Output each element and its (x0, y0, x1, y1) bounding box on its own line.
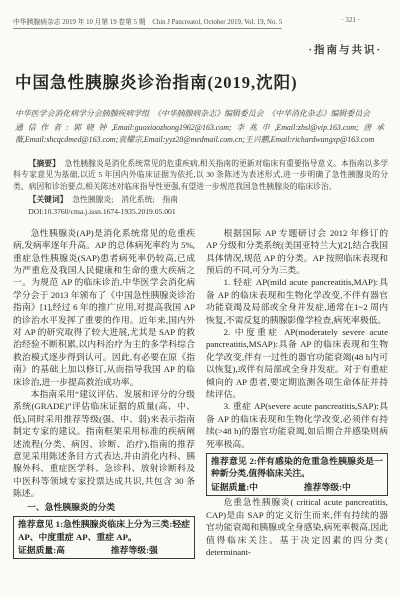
evidence-quality: 证据质量:高 (18, 544, 111, 556)
affiliation-line: 中华医学会消化病学分会胰腺疾病学组 《中华胰腺病杂志》编辑委员会 《中华消化杂志… (15, 108, 384, 121)
body-paragraph: 危重急性胰腺炎( critical acute pancreatitis, CA… (206, 496, 388, 558)
abstract-paragraph: 【摘要】急性胰腺炎是消化系统常见的危重疾病,相关指南的更新对临床有重要指导意义。… (13, 158, 388, 193)
recommendation-box-1: 推荐意见 1:急性胰腺炎临床上分为三类:轻症 AP、中度重症 AP、重症 AP。… (13, 516, 195, 559)
page-number: · 321 · (341, 16, 360, 24)
keywords-label: 【关键词】 (29, 195, 68, 204)
body-columns: 急性胰腺炎(AP)是消化系统常见的危重疾病,发病率逐年升高。AP 的总体病死率约… (13, 227, 388, 560)
abstract-label: 【摘要】 (29, 159, 60, 168)
right-column: 根据国际 AP 专题研讨会 2012 年修订的 AP 分级和分类系统(美国亚特兰… (206, 227, 388, 560)
body-paragraph: 急性胰腺炎(AP)是消化系统常见的危重疾病,发病率逐年升高。AP 的总体病死率约… (13, 227, 195, 388)
body-paragraph: 根据国际 AP 专题研讨会 2012 年修订的 AP 分级和分类系统(美国亚特兰… (206, 227, 388, 277)
left-column: 急性胰腺炎(AP)是消化系统常见的危重疾病,发病率逐年升高。AP 的总体病死率约… (13, 227, 195, 560)
page-header: 中华胰腺病杂志 2019 年 10 月第 19 卷第 5 期 Chin J Pa… (13, 16, 388, 29)
classification-item-map: 1. 轻症 AP(mild acute pancreatitis,MAP):具备… (206, 276, 388, 326)
body-paragraph: 本指南采用“建议评估、发展和评分的分级系统(GRADE)”评估临床证据的质量(高… (13, 388, 195, 500)
correspondence-line: 通信作者:郭晓钟,Email:guoxiaozhong1962@163.com;… (15, 122, 384, 147)
recommendation-meta: 证据质量:中 推荐等级:中 (211, 481, 383, 493)
evidence-quality: 证据质量:中 (211, 481, 304, 493)
recommendation-grade: 推荐等级:中 (304, 481, 351, 493)
recommendation-grade: 推荐等级:强 (111, 544, 158, 556)
classification-item-sap: 3. 重症 AP(severe acute pancreatitis,SAP):… (206, 400, 388, 450)
article-title: 中国急性胰腺炎诊治指南(2019,沈阳) (15, 69, 388, 93)
section-label: ·指南与共识· (13, 42, 382, 57)
journal-citation: 中华胰腺病杂志 2019 年 10 月第 19 卷第 5 期 Chin J Pa… (13, 16, 282, 29)
keywords-text: 急性胰腺炎; 消化系统; 指南 (72, 195, 178, 204)
recommendation-statement: 推荐意见 2:伴有感染的危重急性胰腺炎是一种新分类,值得临床关注。 (211, 455, 383, 480)
doi-line: DOI:10.3760/cma.j.issn.1674-1935.2019.05… (13, 206, 388, 218)
recommendation-box-2: 推荐意见 2:伴有感染的危重急性胰腺炎是一种新分类,值得临床关注。 证据质量:中… (206, 453, 388, 496)
section-heading-classification: 一、急性胰腺炎的分类 (13, 501, 195, 513)
keywords-line: 【关键词】急性胰腺炎; 消化系统; 指南 (13, 194, 388, 206)
classification-item-msap: 2. 中度重症 AP(moderately severe acute pancr… (206, 326, 388, 400)
recommendation-meta: 证据质量:高 推荐等级:强 (18, 544, 190, 556)
recommendation-statement: 推荐意见 1:急性胰腺炎临床上分为三类:轻症 AP、中度重症 AP、重症 AP。 (18, 518, 190, 543)
abstract-text: 急性胰腺炎是消化系统常见的危重疾病,相关指南的更新对临床有重要指导意义。本指南以… (13, 159, 388, 191)
journal-page: 中华胰腺病杂志 2019 年 10 月第 19 卷第 5 期 Chin J Pa… (0, 0, 400, 597)
abstract-block: 【摘要】急性胰腺炎是消化系统常见的危重疾病,相关指南的更新对临床有重要指导意义。… (13, 158, 388, 218)
